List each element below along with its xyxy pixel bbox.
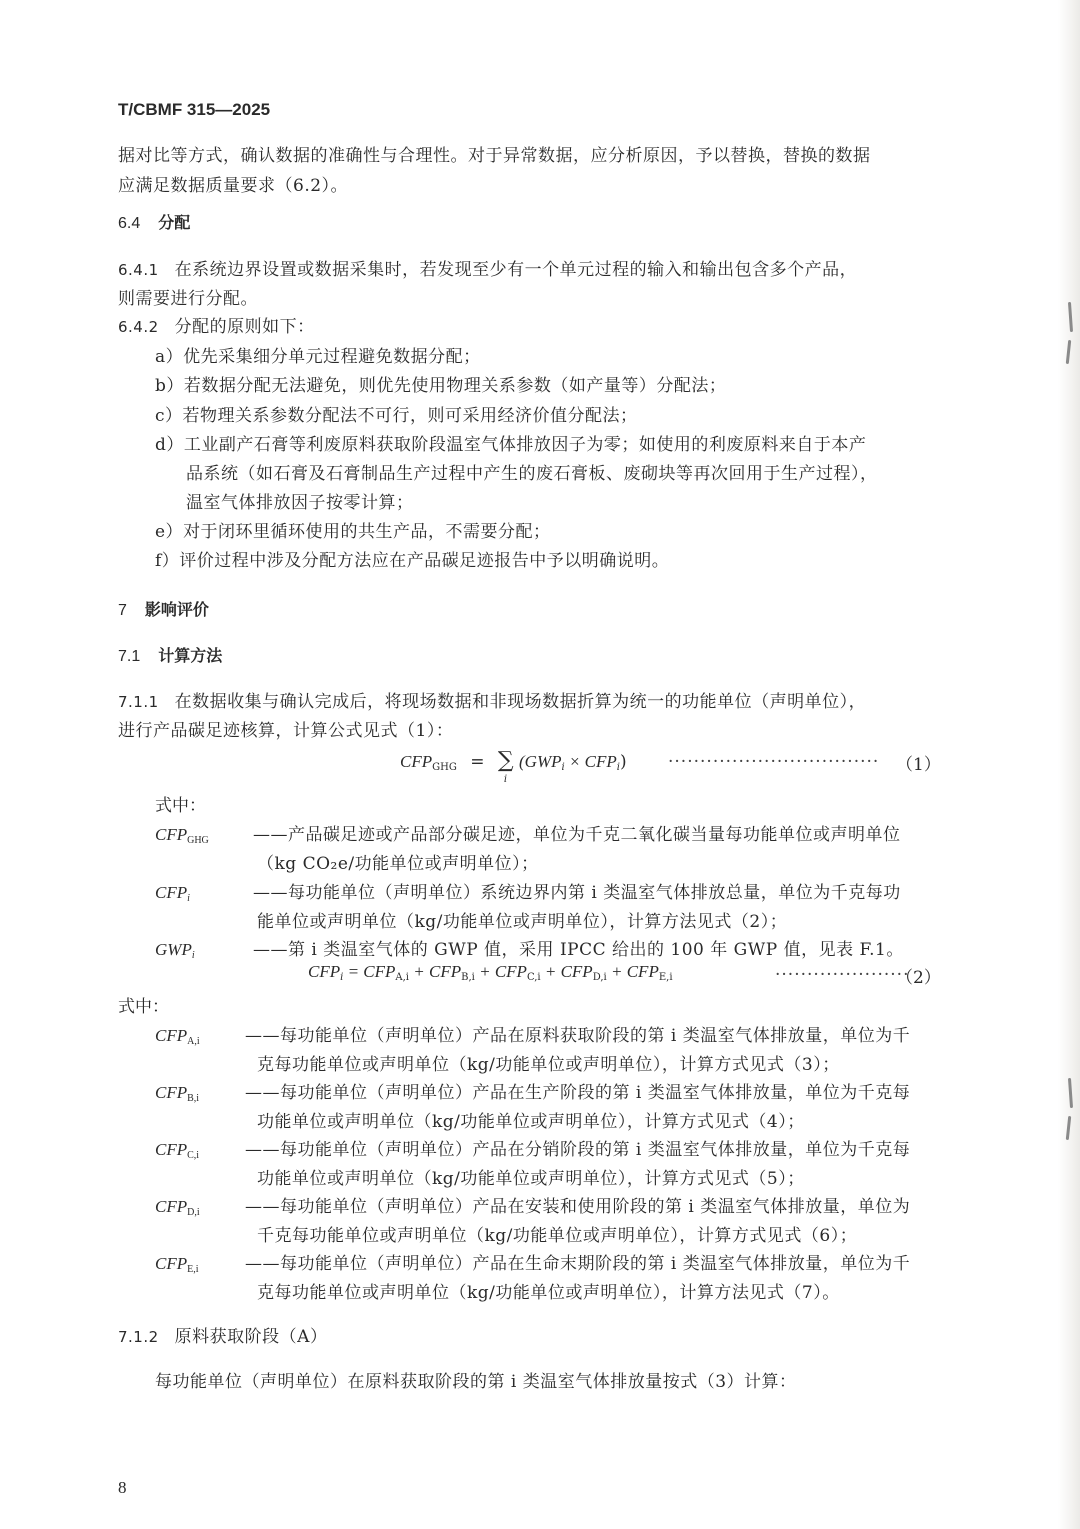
- section-title: 分配: [158, 213, 190, 232]
- sym-subscript: E,i: [187, 1264, 198, 1275]
- def-text: ——每功能单位（声明单位）产品在分销阶段的第 i 类温室气体排放量，单位为千克每: [245, 1140, 910, 1160]
- definition-cfp-c: CFPC,i——每功能单位（声明单位）产品在分销阶段的第 i 类温室气体排放量，…: [155, 1135, 910, 1161]
- list-text: 优先采集细分单元过程避免数据分配；: [183, 347, 481, 367]
- equation-2-number: （2）: [896, 963, 941, 988]
- def-text: ——第 i 类温室气体的 GWP 值，采用 IPCC 给出的 100 年 GWP…: [253, 940, 904, 960]
- def-symbol: CFPi: [155, 883, 255, 904]
- definition-cfp-e-line-2: 克每功能单位或声明单位（kg/功能单位或声明单位），计算方法见式（7）。: [257, 1278, 840, 1303]
- list-item-b: b）若数据分配无法避免，则优先使用物理关系参数（如产量等）分配法；: [155, 371, 726, 396]
- section-title: 计算方法: [158, 646, 222, 665]
- document-id-header: T/CBMF 315—2025: [118, 100, 270, 120]
- clause-number: 6.4.2: [118, 318, 159, 336]
- sym-text: GWP: [155, 940, 192, 959]
- sym-text: CFP: [155, 1083, 187, 1102]
- sym-text: CFP: [155, 825, 187, 844]
- section-7-heading: 7影响评价: [118, 597, 209, 620]
- definition-cfp-b: CFPB,i——每功能单位（声明单位）产品在生产阶段的第 i 类温室气体排放量，…: [155, 1078, 910, 1104]
- eq-subscript: E,i: [659, 972, 673, 983]
- list-item-f: f）评价过程中涉及分配方法应在产品碳足迹报告中予以明确说明。: [155, 546, 669, 571]
- eq-subscript: C,i: [527, 972, 541, 983]
- definition-gwp-i: GWPi——第 i 类温室气体的 GWP 值，采用 IPCC 给出的 100 年…: [155, 935, 904, 961]
- eq-term: × CFP: [565, 752, 617, 771]
- def-symbol: CFPA,i: [155, 1026, 255, 1047]
- list-text: 工业副产石膏等利废原料获取阶段温室气体排放因子为零；如使用的利废原料来自于本产: [184, 435, 867, 455]
- eq-paren: ): [620, 752, 627, 772]
- clause-text: 在系统边界设置或数据采集时，若发现至少有一个单元过程的输入和输出包含多个产品，: [175, 260, 858, 280]
- eq-symbol: CFP: [308, 962, 340, 981]
- equation-1: CFPGHG = ∑i (GWPi × CFPi): [400, 748, 627, 773]
- def-text: ——每功能单位（声明单位）产品在生命末期阶段的第 i 类温室气体排放量，单位为千: [245, 1254, 910, 1274]
- section-7-1-heading: 7.1计算方法: [118, 643, 222, 666]
- def-text: ——每功能单位（声明单位）产品在原料获取阶段的第 i 类温室气体排放量，单位为千: [245, 1026, 910, 1046]
- clause-number: 6.4.1: [118, 261, 159, 279]
- def-text: ——每功能单位（声明单位）产品在安装和使用阶段的第 i 类温室气体排放量，单位为: [245, 1197, 910, 1217]
- clause-text: 分配的原则如下：: [175, 317, 315, 337]
- eq-subscript: B,i: [461, 972, 475, 983]
- sym-text: CFP: [155, 1026, 187, 1045]
- list-text: 若数据分配无法避免，则优先使用物理关系参数（如产量等）分配法；: [184, 376, 727, 396]
- list-item-a: a）优先采集细分单元过程避免数据分配；: [155, 342, 481, 367]
- def-text: ——每功能单位（声明单位）产品在生产阶段的第 i 类温室气体排放量，单位为千克每: [245, 1083, 910, 1103]
- sym-text: CFP: [155, 1197, 187, 1216]
- eq-term: + CFP: [409, 962, 461, 981]
- eq-term: + CFP: [541, 962, 593, 981]
- where-label: 式中：: [155, 791, 206, 816]
- sym-subscript: i: [192, 950, 195, 961]
- section-number: 7.1: [118, 648, 140, 665]
- clause-7-1-1: 7.1.1在数据收集与确认完成后，将现场数据和非现场数据折算为统一的功能单位（声…: [118, 687, 866, 712]
- clause-number: 7.1.1: [118, 693, 159, 711]
- clause-title: 原料获取阶段（A）: [175, 1327, 328, 1347]
- list-label: b）: [155, 376, 184, 396]
- definition-cfp-d: CFPD,i——每功能单位（声明单位）产品在安装和使用阶段的第 i 类温室气体排…: [155, 1192, 910, 1218]
- definition-cfp-ghg-line-2: （kg CO₂e/功能单位或声明单位）；: [257, 849, 539, 874]
- equation-2: CFPi = CFPA,i + CFPB,i + CFPC,i + CFPD,i…: [308, 962, 673, 983]
- list-item-e: e）对于闭环里循环使用的共生产品，不需要分配；: [155, 517, 551, 542]
- definition-cfp-ghg: CFPGHG——产品碳足迹或产品部分碳足迹，单位为千克二氧化碳当量每功能单位或声…: [155, 820, 901, 846]
- section-number: 6.4: [118, 215, 140, 232]
- clause-6-4-2: 6.4.2分配的原则如下：: [118, 312, 315, 337]
- section-6-4-heading: 6.4分配: [118, 210, 190, 233]
- section-title: 影响评价: [145, 600, 209, 619]
- list-item-d: d）工业副产石膏等利废原料获取阶段温室气体排放因子为零；如使用的利废原料来自于本…: [155, 430, 866, 455]
- def-symbol: GWPi: [155, 940, 255, 961]
- eq-term: (GWP: [519, 752, 561, 771]
- clause-7-1-2: 7.1.2原料获取阶段（A）: [118, 1322, 327, 1347]
- eq-subscript: D,i: [593, 972, 607, 983]
- definition-cfp-a: CFPA,i——每功能单位（声明单位）产品在原料获取阶段的第 i 类温室气体排放…: [155, 1021, 910, 1047]
- eq-subscript: A,i: [395, 972, 409, 983]
- eq-term: = CFP: [343, 962, 395, 981]
- def-symbol: CFPB,i: [155, 1083, 255, 1104]
- sym-text: CFP: [155, 1140, 187, 1159]
- list-text: 评价过程中涉及分配方法应在产品碳足迹报告中予以明确说明。: [179, 551, 669, 571]
- list-item-d-line-2: 品系统（如石膏及石膏制品生产过程中产生的废石膏板、废砌块等再次回用于生产过程），: [186, 459, 878, 484]
- sym-text: CFP: [155, 1254, 187, 1273]
- definition-cfp-a-line-2: 克每功能单位或声明单位（kg/功能单位或声明单位），计算方式见式（3）；: [257, 1050, 840, 1075]
- list-item-c: c）若物理关系参数分配法不可行，则可采用经济价值分配法；: [155, 401, 638, 426]
- list-item-d-line-3: 温室气体排放因子按零计算；: [186, 488, 414, 513]
- eq-term: + CFP: [475, 962, 527, 981]
- list-label: d）: [155, 435, 184, 455]
- eq-subscript: GHG: [432, 762, 457, 773]
- clause-7-1-1-line-2: 进行产品碳足迹核算，计算公式见式（1）：: [118, 716, 453, 741]
- definition-cfp-e: CFPE,i——每功能单位（声明单位）产品在生命末期阶段的第 i 类温室气体排放…: [155, 1249, 910, 1275]
- def-symbol: CFPE,i: [155, 1254, 255, 1275]
- sym-subscript: GHG: [187, 835, 209, 846]
- eq-term: + CFP: [607, 962, 659, 981]
- def-text: ——产品碳足迹或产品部分碳足迹，单位为千克二氧化碳当量每功能单位或声明单位: [253, 825, 901, 845]
- def-symbol: CFPGHG: [155, 825, 255, 846]
- page-number: 8: [118, 1478, 127, 1498]
- equation-1-number: （1）: [896, 750, 941, 775]
- sym-subscript: B,i: [187, 1093, 199, 1104]
- list-label: f）: [155, 551, 179, 571]
- definition-cfp-b-line-2: 功能单位或声明单位（kg/功能单位或声明单位），计算方式见式（4）；: [257, 1107, 805, 1132]
- paragraph-raw-material: 每功能单位（声明单位）在原料获取阶段的第 i 类温室气体排放量按式（3）计算：: [155, 1367, 797, 1392]
- sum-symbol: ∑i: [498, 748, 514, 773]
- eq-symbol: CFP: [400, 752, 432, 771]
- def-symbol: CFPD,i: [155, 1197, 255, 1218]
- sym-subscript: A,i: [187, 1036, 200, 1047]
- list-text: 若物理关系参数分配法不可行，则可采用经济价值分配法；: [183, 406, 638, 426]
- sym-subscript: D,i: [187, 1207, 200, 1218]
- list-label: a）: [155, 347, 183, 367]
- sym-subscript: i: [187, 893, 190, 904]
- intro-line-1: 据对比等方式，确认数据的准确性与合理性。对于异常数据，应分析原因，予以替换，替换…: [118, 141, 871, 166]
- clause-6-4-1: 6.4.1在系统边界设置或数据采集时，若发现至少有一个单元过程的输入和输出包含多…: [118, 255, 857, 280]
- page-edge-shadow: [1058, 0, 1080, 1529]
- clause-6-4-1-line-2: 则需要进行分配。: [118, 284, 258, 309]
- sum-glyph: ∑: [498, 748, 514, 773]
- def-text: ——每功能单位（声明单位）系统边界内第 i 类温室气体排放总量，单位为千克每功: [253, 883, 901, 903]
- eq-operator: =: [470, 752, 484, 772]
- list-label: e）: [155, 522, 183, 542]
- definition-cfp-i-line-2: 能单位或声明单位（kg/功能单位或声明单位），计算方法见式（2）；: [257, 907, 787, 932]
- equation-1-leader: ·································: [668, 752, 879, 772]
- definition-cfp-i: CFPi——每功能单位（声明单位）系统边界内第 i 类温室气体排放总量，单位为千…: [155, 878, 901, 904]
- section-number: 7: [118, 602, 127, 619]
- sym-subscript: C,i: [187, 1150, 199, 1161]
- definition-cfp-d-line-2: 千克每功能单位或声明单位（kg/功能单位或声明单位），计算方式见式（6）；: [257, 1221, 857, 1246]
- sum-index: i: [504, 774, 507, 785]
- where-label-2: 式中：: [118, 992, 169, 1017]
- sym-text: CFP: [155, 883, 187, 902]
- list-text: 对于闭环里循环使用的共生产品，不需要分配；: [183, 522, 551, 542]
- equation-2-leader: ·····················: [775, 965, 909, 985]
- definition-cfp-c-line-2: 功能单位或声明单位（kg/功能单位或声明单位），计算方式见式（5）；: [257, 1164, 805, 1189]
- intro-line-2: 应满足数据质量要求（6.2）。: [118, 171, 348, 196]
- clause-number: 7.1.2: [118, 1328, 159, 1346]
- def-symbol: CFPC,i: [155, 1140, 255, 1161]
- clause-text: 在数据收集与确认完成后，将现场数据和非现场数据折算为统一的功能单位（声明单位），: [175, 692, 867, 712]
- list-label: c）: [155, 406, 183, 426]
